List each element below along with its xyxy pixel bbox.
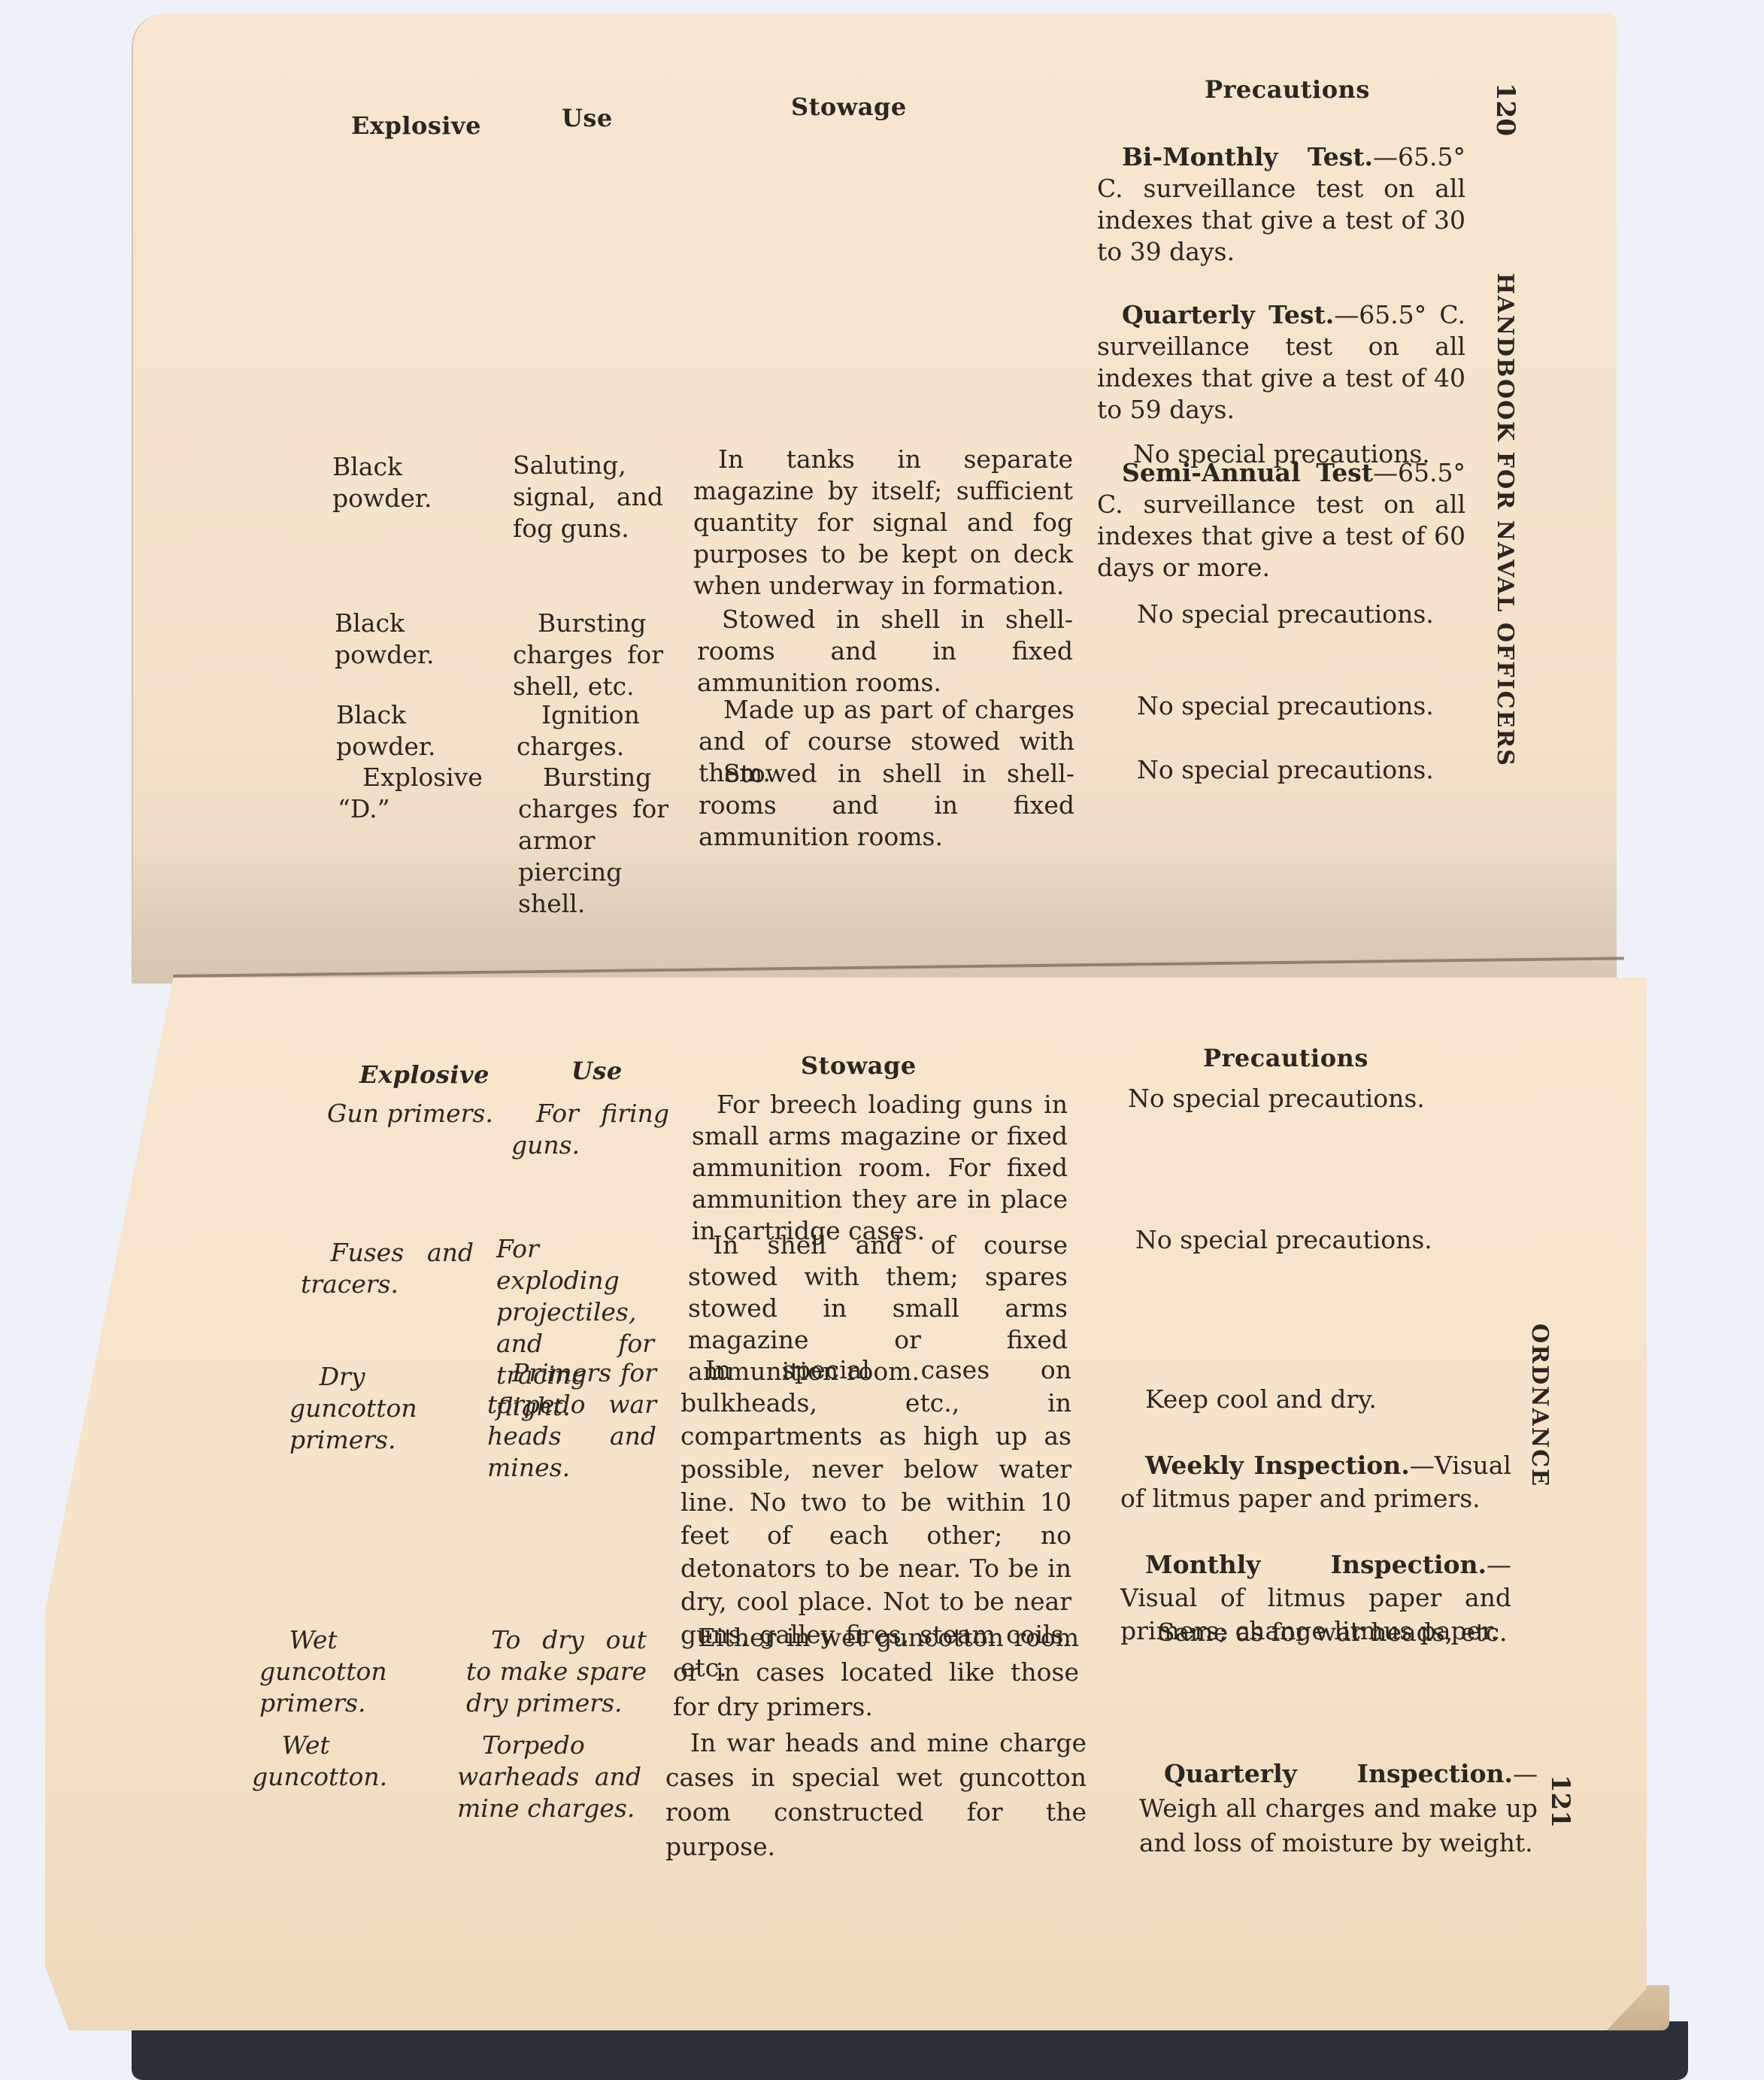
table-row-2-explosive: Fuses and tracers.	[301, 1237, 474, 1300]
precaution-intro: Keep cool and dry.	[1120, 1383, 1511, 1416]
header-stowage: Stowage	[801, 1051, 917, 1080]
book-photo: Explosive Use Stowage Precautions Bi-Mon…	[0, 0, 1764, 2080]
table-row-4-explosive: Wet guncotton primers.	[259, 1624, 432, 1719]
table-row-1-stowage: For breech loading guns in small arms ma…	[692, 1089, 1068, 1247]
table-row-1-stowage: In tanks in separate magazine by itself;…	[693, 444, 1073, 602]
header-explosive: Explosive	[359, 1060, 489, 1089]
page-number-120: 120	[1490, 83, 1520, 136]
table-row-3-explosive: Dry guncotton primers.	[289, 1361, 455, 1456]
table-row-4-stowage: Stowed in shell in shell-rooms and in fi…	[699, 758, 1074, 853]
precaution-item: Weekly Inspection.—Visual of litmus pape…	[1120, 1449, 1511, 1515]
table-row-4-precautions: Same as for war heads, etc.	[1158, 1617, 1519, 1648]
table-row-3-use: Ignition charges.	[517, 699, 667, 763]
header-precautions: Precautions	[1205, 75, 1370, 104]
table-row-1-precautions: No special precautions.	[1128, 1083, 1489, 1114]
table-row-1-use: Saluting, signal, and fog guns.	[513, 450, 663, 544]
table-row-4-stowage: Either in wet guncotton room or in cases…	[673, 1621, 1079, 1724]
table-row-2-precautions: No special precautions.	[1135, 1224, 1496, 1256]
page-number-121: 121	[1545, 1775, 1575, 1828]
header-use: Use	[571, 1057, 623, 1085]
running-head-left: HANDBOOK FOR NAVAL OFFICERS	[1492, 273, 1518, 767]
table-row-3-precautions: No special precautions.	[1137, 690, 1483, 722]
precaution-item: Bi-Monthly Test.—65.5° C. surveillance t…	[1097, 141, 1465, 268]
table-row-5-precautions: Quarterly Inspection.—Weigh all charges …	[1139, 1722, 1538, 1895]
table-row-1-explosive: Black powder.	[332, 451, 498, 514]
header-use: Use	[562, 104, 613, 132]
precaution-item: Quarterly Test.—65.5° C. surveillance te…	[1097, 299, 1465, 426]
table-row-4-use: To dry out to make spare dry primers.	[466, 1624, 647, 1719]
page-121: Explosive Use Stowage Precautions Gun pr…	[45, 978, 1647, 2030]
header-explosive: Explosive	[351, 111, 481, 140]
table-row-4-explosive: Explosive “D.”	[338, 762, 488, 825]
fold-shadow	[133, 848, 1617, 984]
header-stowage: Stowage	[791, 92, 907, 121]
precaution-item: Quarterly Inspection.—Weigh all charges …	[1139, 1757, 1538, 1860]
table-row-5-stowage: In war heads and mine charge cases in sp…	[665, 1726, 1087, 1864]
table-row-5-use: Torpedo warheads and mine charges.	[457, 1730, 641, 1824]
table-row-1-precautions: No special precautions.	[1133, 438, 1479, 470]
page-120: Explosive Use Stowage Precautions Bi-Mon…	[132, 14, 1617, 984]
header-precautions: Precautions	[1203, 1044, 1368, 1072]
table-row-3-use: Primers for torpedo war heads and mines.	[487, 1357, 656, 1484]
table-row-2-use: Bursting charges for shell, etc.	[513, 608, 663, 702]
table-row-2-explosive: Black powder.	[335, 608, 485, 671]
table-row-2-precautions: No special precautions.	[1137, 599, 1483, 630]
table-row-5-explosive: Wet guncotton.	[252, 1730, 425, 1793]
table-row-4-precautions: No special precautions.	[1137, 754, 1483, 786]
table-row-1-explosive: Gun primers.	[327, 1098, 500, 1129]
table-row-1-use: For firing guns.	[511, 1098, 669, 1161]
continued-precautions: Bi-Monthly Test.—65.5° C. surveillance t…	[1097, 110, 1465, 615]
table-row-4-use: Bursting charges for armor piercing shel…	[518, 762, 668, 920]
table-row-3-explosive: Black powder.	[336, 699, 486, 763]
precaution-item: Semi-Annual Test—65.5° C. surveillance t…	[1097, 457, 1465, 584]
table-row-2-stowage: Stowed in shell in shell-rooms and in fi…	[697, 604, 1073, 699]
running-head-right: ORDNANCE	[1526, 1323, 1553, 1487]
